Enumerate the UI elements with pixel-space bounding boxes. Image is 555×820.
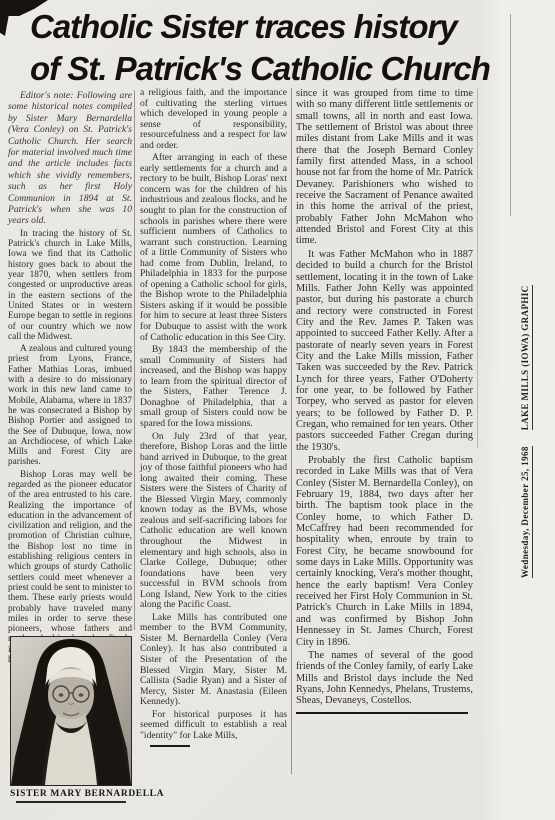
headline-line1: Catholic Sister traces history <box>30 6 500 48</box>
article-paragraph: It was Father McMahon who in 1887 decide… <box>296 249 473 453</box>
article-paragraph: The names of several of the good friends… <box>296 650 473 707</box>
newspaper-clipping: Catholic Sister traces history of St. Pa… <box>0 0 555 820</box>
masthead-paper-name: LAKE MILLS (IOWA) GRAPHIC <box>520 285 533 430</box>
caption-underline <box>16 801 126 803</box>
article-paragraph: For historical purposes it has seemed di… <box>140 710 287 742</box>
column-2-paragraphs: a religious faith, and the importance of… <box>140 88 287 741</box>
editor-note: Editor's note: Following are some histor… <box>8 90 132 227</box>
torn-edge-mark-small <box>0 14 9 36</box>
article-paragraph: By 1843 the membership of the small Comm… <box>140 345 287 429</box>
nun-portrait-photo <box>10 636 132 786</box>
article-column-1: Editor's note: Following are some histor… <box>8 90 132 667</box>
page-margin <box>480 0 555 820</box>
article-paragraph: After arranging in each of these early s… <box>140 153 287 343</box>
photo-figure: SISTER MARY BERNARDELLA <box>10 636 132 803</box>
article-paragraph: In tracing the history of St. Patrick's … <box>8 229 132 342</box>
article-paragraph: Probably the first Catholic baptism reco… <box>296 455 473 648</box>
article-paragraph: since it was grouped from time to time w… <box>296 88 473 247</box>
article-paragraph: Lake Mills has contributed one member to… <box>140 613 287 708</box>
article-paragraph: a religious faith, and the importance of… <box>140 88 287 151</box>
article-paragraph: On July 23rd of that year, therefore, Bi… <box>140 432 287 611</box>
article-paragraph: A zealous and cultured young priest from… <box>8 344 132 468</box>
column-3-paragraphs: since it was grouped from time to time w… <box>296 88 473 707</box>
column-divider-3 <box>477 88 478 448</box>
vertical-masthead: Wednesday, December 25, 1968LAKE MILLS (… <box>520 276 533 578</box>
page-fold-line <box>510 14 511 216</box>
headline: Catholic Sister traces history of St. Pa… <box>30 6 500 90</box>
article-column-3: since it was grouped from time to time w… <box>296 88 473 714</box>
end-of-column-dash <box>150 745 190 747</box>
masthead-date: Wednesday, December 25, 1968 <box>520 446 533 578</box>
nun-portrait-illustration <box>11 637 131 785</box>
column-1-paragraphs: In tracing the history of St. Patrick's … <box>8 229 132 665</box>
photo-caption: SISTER MARY BERNARDELLA <box>10 786 132 799</box>
column-divider-1 <box>134 90 135 630</box>
article-column-2: a religious faith, and the importance of… <box>140 88 287 747</box>
column-divider-2 <box>291 88 292 774</box>
end-of-article-rule <box>296 712 468 714</box>
headline-line2: of St. Patrick's Catholic Church <box>30 48 500 90</box>
